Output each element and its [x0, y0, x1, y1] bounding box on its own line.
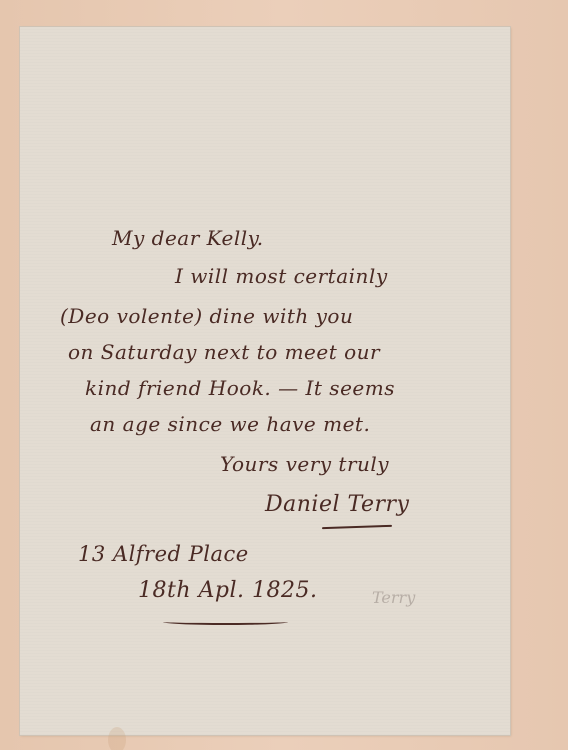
body-line-5: an age since we have met.	[90, 412, 370, 436]
pencil-annotation: Terry	[372, 588, 415, 607]
date-flourish	[163, 619, 288, 625]
paper-stain	[108, 727, 126, 750]
signature: Daniel Terry	[265, 492, 409, 517]
body-line-4: kind friend Hook. — It seems	[85, 376, 395, 400]
body-line-1: I will most certainly	[175, 264, 388, 288]
body-line-2: (Deo volente) dine with you	[60, 304, 353, 328]
salutation: My dear Kelly.	[112, 226, 264, 250]
body-line-3: on Saturday next to meet our	[68, 340, 380, 364]
address: 13 Alfred Place	[78, 542, 249, 566]
closing: Yours very truly	[220, 452, 389, 476]
date: 18th Apl. 1825.	[138, 578, 317, 603]
